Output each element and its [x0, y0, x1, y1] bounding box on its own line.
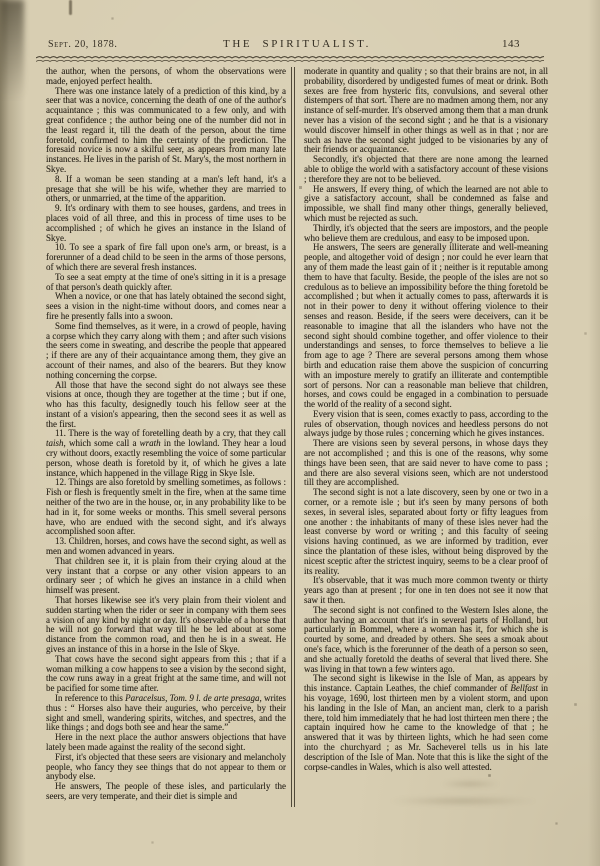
paragraph: He answers, If every thing, of which the…: [304, 185, 548, 224]
paragraph: It's observable, that it was much more c…: [304, 576, 548, 605]
paragraph: 11. There is the way of foretelling deat…: [46, 429, 286, 478]
paragraph: The second sight is likewise in the Isle…: [304, 674, 548, 772]
paragraph: Some find themselves, as it were, in a c…: [46, 322, 286, 381]
print-bleed-smudge: [440, 780, 500, 788]
paragraph: moderate in quantity and quality ; so th…: [304, 67, 548, 155]
ink-specks: [0, 0, 1, 1]
paragraph: That horses likewise see it's very plain…: [46, 596, 286, 655]
paragraph: There was one instance lately of a predi…: [46, 87, 286, 175]
paragraph: The second sight is not a late discovery…: [304, 488, 548, 576]
left-column: the author, when the persons, of whom th…: [46, 67, 286, 807]
paragraph: That cows have the second sight appears …: [46, 655, 286, 694]
paragraph: 10. To see a spark of fire fall upon one…: [46, 243, 286, 272]
column-divider-rule: [291, 67, 295, 807]
paragraph: That children see it, it is plain from t…: [46, 557, 286, 596]
print-bleed-smudge: [388, 796, 538, 806]
right-column: moderate in quantity and quality ; so th…: [304, 67, 548, 807]
paragraph: There are visions seen by several person…: [304, 439, 548, 488]
paragraph: Every vision that is seen, comes exactly…: [304, 410, 548, 439]
two-column-text-block: the author, when the persons, of whom th…: [46, 67, 548, 807]
paragraph: In reference to this Paracelsus, Tom. 9 …: [46, 694, 286, 733]
paragraph: He answers, The seers are generally illi…: [304, 243, 548, 410]
scan-artifact-mark: [69, 0, 72, 15]
paragraph: the author, when the persons, of whom th…: [46, 67, 286, 87]
paragraph: He answers, The people of these isles, a…: [46, 782, 286, 802]
paragraph: The second sight is not confined to the …: [304, 606, 548, 675]
publication-title: THE SPIRITUALIST.: [46, 38, 548, 50]
page-number: 143: [502, 38, 520, 50]
paragraph: All those that have the second sight do …: [46, 381, 286, 430]
paragraph: Thirdly, it's objected that the seers ar…: [304, 224, 548, 244]
paragraph: 8. If a woman be seen standing at a man'…: [46, 175, 286, 204]
paragraph: To see a seat empty at the time of one's…: [46, 273, 286, 293]
wavy-rule: [36, 55, 544, 65]
paragraph: 13. Children, horses, and cows have the …: [46, 537, 286, 557]
paragraph: First, it's objected that these seers ar…: [46, 753, 286, 782]
paragraph: 9. It's ordinary with them to see houses…: [46, 204, 286, 243]
paragraph: When a novice, or one that has lately ob…: [46, 292, 286, 321]
page-gutter-shadow: [0, 0, 24, 110]
paragraph: 12. Things are also foretold by smelling…: [46, 478, 286, 537]
scanned-newspaper-page: Sept. 20, 1878. THE SPIRITUALIST. 143 th…: [0, 0, 600, 866]
paragraph: Secondly, it's objected that there are n…: [304, 155, 548, 184]
paragraph: Here in the next place the author answer…: [46, 733, 286, 753]
